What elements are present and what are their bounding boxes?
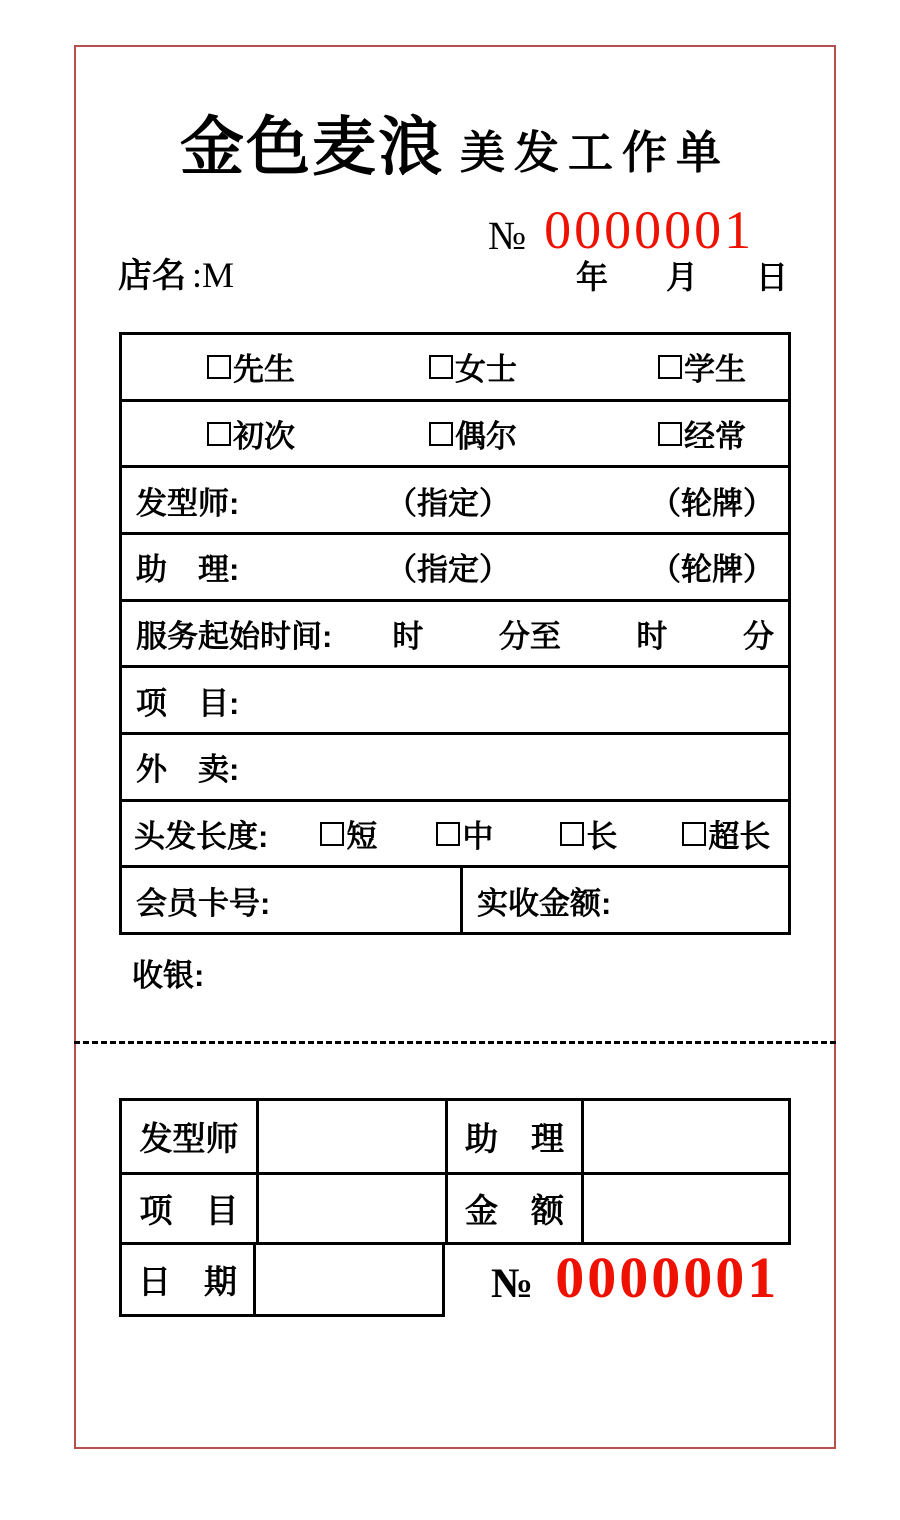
stub-date-row: 日 期 <box>119 1245 445 1317</box>
checkbox-icon[interactable] <box>207 355 231 379</box>
date-day-label: 日 <box>756 261 788 293</box>
checkbox-icon[interactable] <box>560 822 584 846</box>
project-row[interactable]: 项 目: <box>122 665 788 732</box>
option-label: 偶尔 <box>455 411 517 456</box>
option-occasional[interactable]: 偶尔 <box>429 411 658 456</box>
assistant-rotation-label: （轮牌） <box>650 544 774 589</box>
takeout-label: 外 卖: <box>136 744 239 789</box>
option-label: 经常 <box>684 411 746 456</box>
hair-length-row: 头发长度: 短 中 长 超长 <box>122 799 788 866</box>
amount-received-label: 实收金额: <box>477 878 611 923</box>
date-fields: 年 月 日 <box>576 261 788 293</box>
minute-to-label: 分至 <box>499 611 561 656</box>
stub-project-label: 项 目 <box>122 1172 256 1243</box>
option-label: 学生 <box>684 344 746 389</box>
option-label: 初次 <box>233 411 295 456</box>
service-time-row: 服务起始时间: 时 分至 时 分 <box>122 599 788 666</box>
service-time-label: 服务起始时间: <box>136 611 332 656</box>
checkbox-icon[interactable] <box>658 422 682 446</box>
assistant-label: 助 理: <box>136 544 386 589</box>
date-month-label: 月 <box>666 261 698 293</box>
option-medium[interactable]: 中 <box>436 811 493 856</box>
project-label: 项 目: <box>136 678 239 723</box>
option-ms[interactable]: 女士 <box>429 344 658 389</box>
date-year-label: 年 <box>576 261 608 293</box>
hair-length-label: 头发长度: <box>134 811 268 856</box>
serial-number: 0000001 <box>544 205 754 256</box>
stub-assistant-label: 助 理 <box>445 1101 581 1172</box>
option-long[interactable]: 长 <box>560 811 617 856</box>
cashier-label: 收银: <box>132 950 204 995</box>
checkbox-icon[interactable] <box>658 355 682 379</box>
hour-end-label: 时 <box>636 611 667 656</box>
checkbox-icon[interactable] <box>429 422 453 446</box>
hour-start-label: 时 <box>392 611 423 656</box>
option-extra-long[interactable]: 超长 <box>682 811 770 856</box>
stub-stylist-label: 发型师 <box>122 1101 256 1172</box>
assistant-row: 助 理: （指定） （轮牌） <box>122 532 788 599</box>
numero-symbol: № <box>488 216 526 256</box>
stub-date-label: 日 期 <box>122 1245 256 1314</box>
option-student[interactable]: 学生 <box>658 344 788 389</box>
stub-table: 发型师 助 理 项 目 金 额 <box>119 1098 791 1245</box>
numero-symbol: № <box>491 1263 533 1305</box>
stub-serial-number: 0000001 <box>555 1250 779 1305</box>
stub-assistant-value-cell[interactable] <box>581 1101 788 1172</box>
stylist-row: 发型师: （指定） （轮牌） <box>122 465 788 532</box>
perforation-dashed-line <box>74 1041 836 1044</box>
minute-end-label: 分 <box>743 611 774 656</box>
option-label: 先生 <box>233 344 295 389</box>
assistant-designated-label: （指定） <box>386 544 650 589</box>
option-regular[interactable]: 经常 <box>658 411 788 456</box>
customer-type-row: 先生 女士 学生 <box>122 335 788 399</box>
member-card-cell[interactable]: 会员卡号: <box>122 868 463 932</box>
option-mr[interactable]: 先生 <box>207 344 429 389</box>
option-first-time[interactable]: 初次 <box>207 411 429 456</box>
document-type: 美发工作单 <box>460 130 730 179</box>
stub-section: 发型师 助 理 项 目 金 额 日 期 № 0000001 <box>119 1098 791 1317</box>
stub-stylist-value-cell[interactable] <box>256 1101 445 1172</box>
checkbox-icon[interactable] <box>682 822 706 846</box>
stylist-designated-label: （指定） <box>386 478 650 523</box>
option-label: 长 <box>586 811 617 856</box>
option-label: 超长 <box>708 811 770 856</box>
takeout-row[interactable]: 外 卖: <box>122 732 788 799</box>
amount-received-cell[interactable]: 实收金额: <box>463 868 788 932</box>
member-amount-row: 会员卡号: 实收金额: <box>122 865 788 932</box>
checkbox-icon[interactable] <box>320 822 344 846</box>
store-name-value: :M <box>192 257 234 293</box>
stub-amount-label: 金 额 <box>445 1172 581 1243</box>
main-form-table: 先生 女士 学生 初次 偶尔 经常 <box>119 332 791 935</box>
stub-date-value-cell[interactable] <box>256 1245 442 1314</box>
brand-name: 金色麦浪 <box>180 115 444 179</box>
store-date-row: 店名 :M 年 月 日 <box>118 257 788 293</box>
checkbox-icon[interactable] <box>429 355 453 379</box>
option-label: 中 <box>462 811 493 856</box>
option-short[interactable]: 短 <box>320 811 377 856</box>
stub-amount-value-cell[interactable] <box>581 1172 788 1243</box>
store-name-label: 店名 <box>118 259 186 293</box>
checkbox-icon[interactable] <box>436 822 460 846</box>
visit-frequency-row: 初次 偶尔 经常 <box>122 399 788 466</box>
stylist-label: 发型师: <box>136 478 386 523</box>
stub-serial-number-group: № 0000001 <box>491 1250 779 1305</box>
work-order-page: 金色麦浪 美发工作单 № 0000001 店名 :M 年 月 日 先生 女士 <box>74 45 836 1449</box>
option-label: 短 <box>346 811 377 856</box>
serial-number-group: № 0000001 <box>488 205 754 256</box>
checkbox-icon[interactable] <box>207 422 231 446</box>
stylist-rotation-label: （轮牌） <box>650 478 774 523</box>
page-title: 金色麦浪 美发工作单 <box>76 115 834 179</box>
member-card-label: 会员卡号: <box>136 878 270 923</box>
stub-project-value-cell[interactable] <box>256 1172 445 1243</box>
option-label: 女士 <box>455 344 517 389</box>
